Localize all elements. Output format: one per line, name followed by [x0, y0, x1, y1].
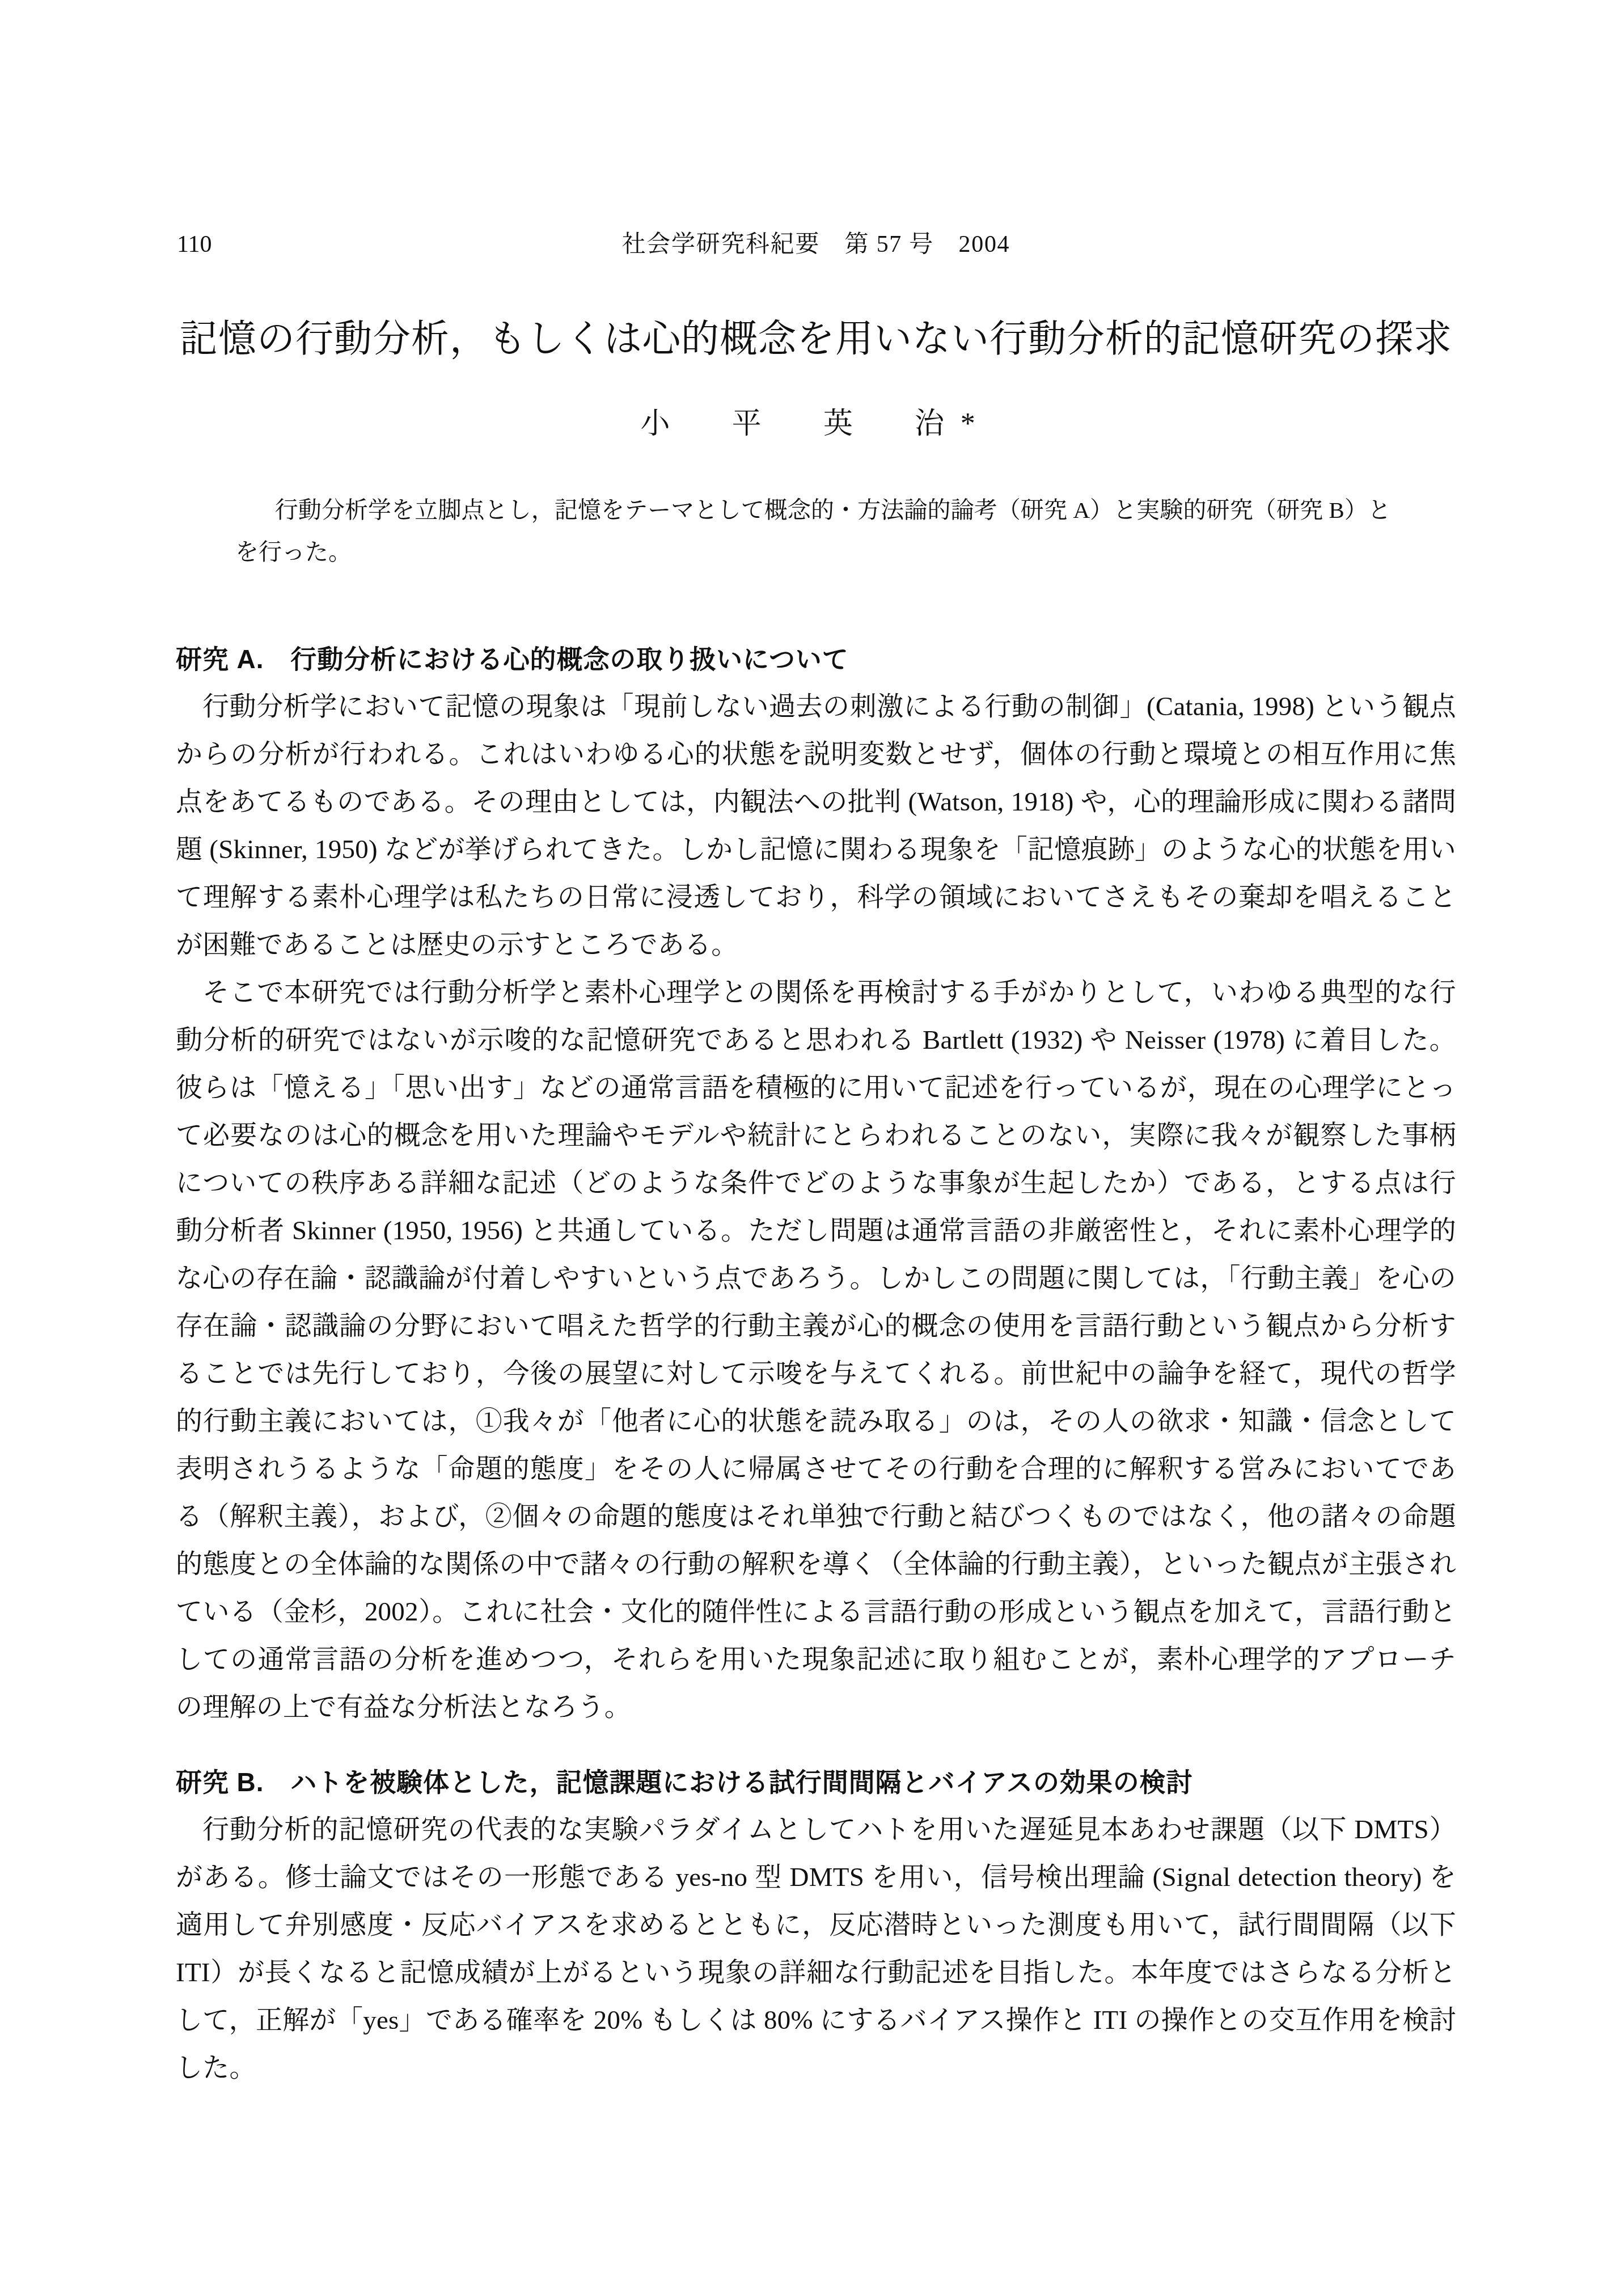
section-study-b: 研究 B. ハトを被験体とした，記憶課題における試行間間隔とバイアスの効果の検討…	[176, 1758, 1456, 2092]
section-b-heading: 研究 B. ハトを被験体とした，記憶課題における試行間間隔とバイアスの効果の検討	[176, 1758, 1456, 1806]
abstract-text: 行動分析学を立脚点とし，記憶をテーマとして概念的・方法論的論考（研究 A）と実験…	[235, 489, 1391, 573]
section-b-paragraph-1: 行動分析的記憶研究の代表的な実験パラダイムとしてハトを用いた遅延見本あわせ課題（…	[176, 1806, 1456, 2092]
journal-header: 社会学研究科紀要 第 57 号 2004	[176, 228, 1456, 261]
page-header: 110 社会学研究科紀要 第 57 号 2004	[176, 228, 1456, 276]
paper-title: 記憶の行動分析，もしくは心的概念を用いない行動分析的記憶研究の探求	[176, 311, 1456, 368]
author-name: 小 平 英 治*	[176, 400, 1456, 448]
section-a-heading: 研究 A. 行動分析における心的概念の取り扱いについて	[176, 635, 1456, 683]
section-a-paragraph-1: 行動分析学において記憶の現象は「現前しない過去の刺激による行動の制御」(Cata…	[176, 683, 1456, 969]
section-a-paragraph-2: そこで本研究では行動分析学と素朴心理学との関係を再検討する手がかりとして，いわゆ…	[176, 969, 1456, 1731]
section-study-a: 研究 A. 行動分析における心的概念の取り扱いについて 行動分析学において記憶の…	[176, 635, 1456, 1731]
page-number: 110	[177, 228, 212, 261]
paper-page: 110 社会学研究科紀要 第 57 号 2004 記憶の行動分析，もしくは心的概…	[0, 0, 1624, 2296]
